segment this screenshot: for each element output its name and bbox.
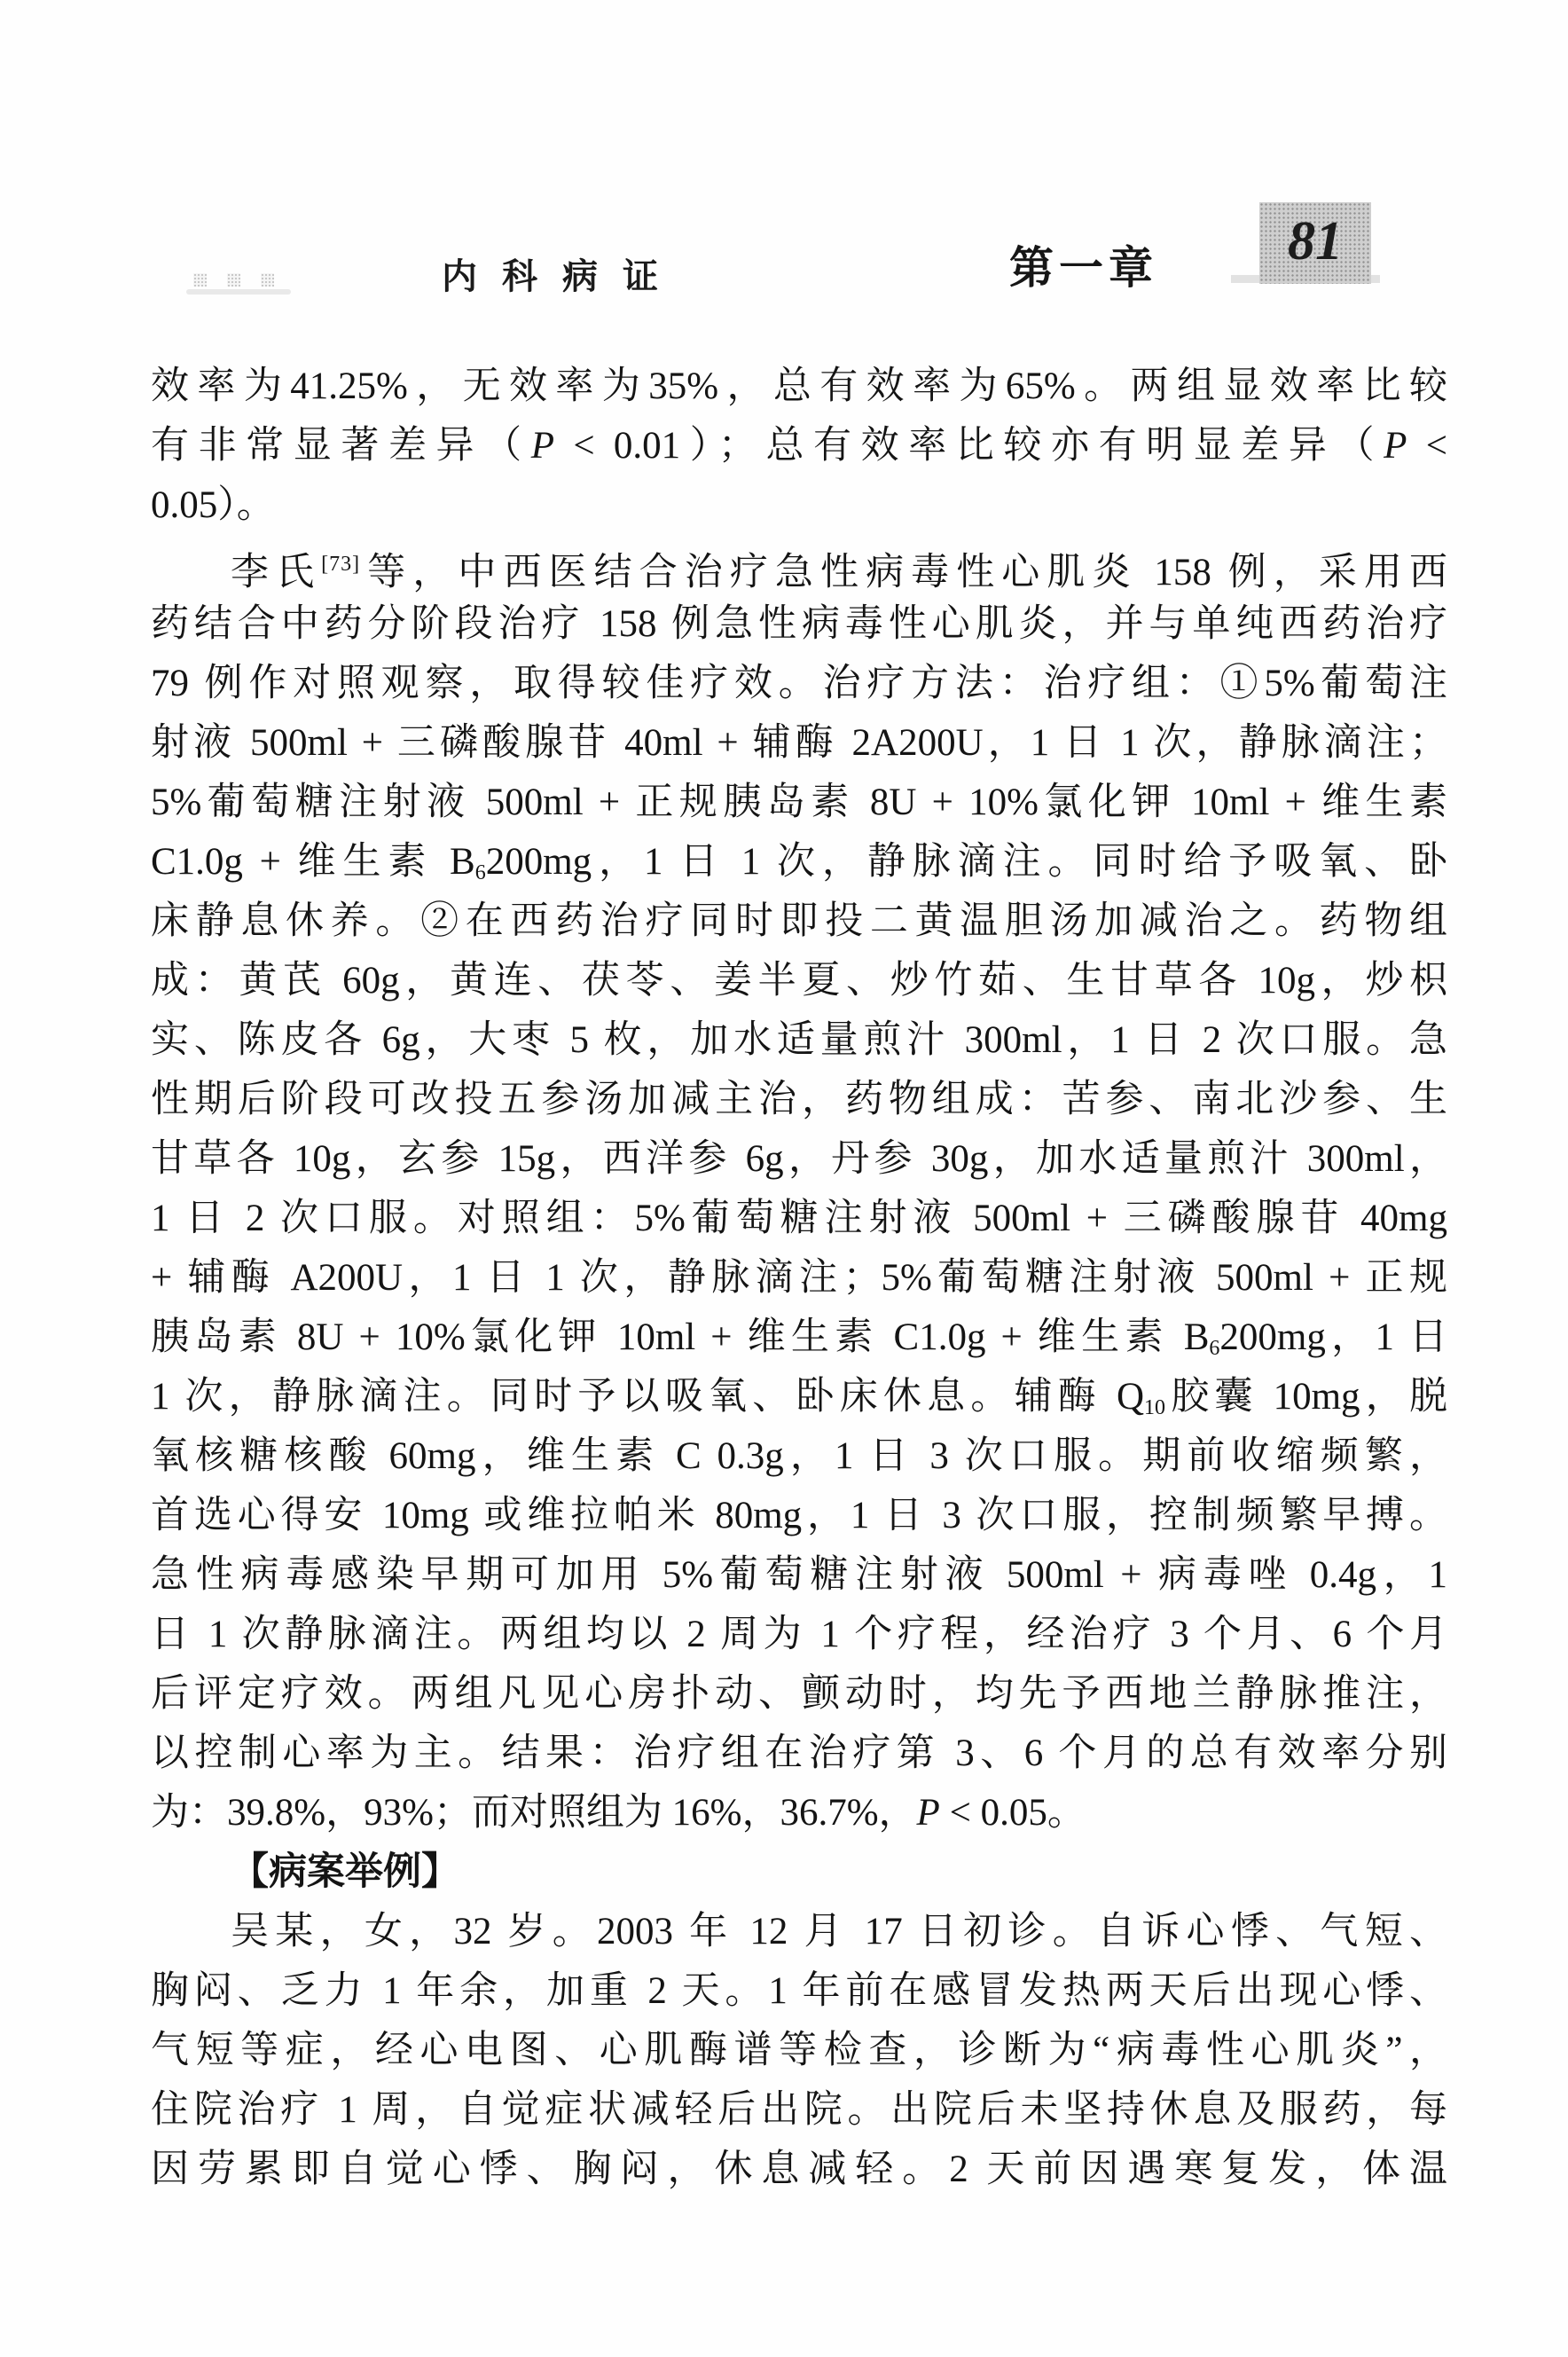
text-run: < (1407, 425, 1447, 467)
text-run: 首选心得安 10mg 或维拉帕米 80mg，1 日 3 次口服，控制频繁早搏。 (151, 1495, 1447, 1536)
text-line: 吴某，女，32 岁。2003 年 12 月 17 日初诊。自诉心悸、气短、 (151, 1902, 1447, 1961)
text-run: 药结合中药分阶段治疗 158 例急性病毒性心肌炎，并与单纯西药治疗 (151, 603, 1447, 645)
text-run: 性期后阶段可改投五参汤加减主治，药物组成：苦参、南北沙参、生 (151, 1079, 1447, 1120)
text-line: 为：39.8%，93%；而对照组为 16%，36.7%，P < 0.05。 (151, 1783, 1447, 1842)
text-run: P (531, 425, 554, 467)
text-run: 甘草各 10g，玄参 15g，西洋参 6g，丹参 30g，加水适量煎汁 300m… (151, 1138, 1447, 1180)
text-line: 急性病毒感染早期可加用 5%葡萄糖注射液 500ml + 病毒唑 0.4g，1 (151, 1545, 1447, 1605)
smudge-dot (261, 273, 274, 287)
text-run: 因劳累即自觉心悸、胸闷，休息减轻。2 天前因遇寒复发，体温 (151, 2149, 1447, 2190)
text-run: 等，中西医结合治疗急性病毒性心肌炎 158 例，采用西 (360, 552, 1447, 593)
text-run: < 0.05。 (940, 1792, 1086, 1834)
subscript: 6 (475, 861, 486, 884)
text-run: 射液 500ml + 三磷酸腺苷 40ml + 辅酶 2A200U，1 日 1 … (151, 722, 1447, 764)
text-run: 1 次，静脉滴注。同时予以吸氧、卧床休息。辅酶 Q (151, 1376, 1144, 1418)
text-line: 李氏[73]等，中西医结合治疗急性病毒性心肌炎 158 例，采用西 (151, 535, 1447, 594)
text-line: 0.05）。 (151, 475, 1447, 535)
text-line: + 辅酶 A200U，1 日 1 次，静脉滴注；5%葡萄糖注射液 500ml +… (151, 1248, 1447, 1308)
text-run: 气短等症，经心电图、心肌酶谱等检查，诊断为“病毒性心肌炎”， (151, 2030, 1447, 2071)
text-line: 甘草各 10g，玄参 15g，西洋参 6g，丹参 30g，加水适量煎汁 300m… (151, 1129, 1447, 1189)
footnote-marker: [73] (321, 553, 360, 576)
text-run: 【病案举例】 (231, 1851, 459, 1893)
text-line: 1 日 2 次口服。对照组：5%葡萄糖注射液 500ml + 三磷酸腺苷 40m… (151, 1189, 1447, 1248)
smudge-dot (193, 273, 207, 287)
text-run: 住院治疗 1 周，自觉症状减轻后出院。出院后未坚持休息及服药，每 (151, 2089, 1447, 2131)
text-run: 1 日 2 次口服。对照组：5%葡萄糖注射液 500ml + 三磷酸腺苷 40m… (151, 1198, 1447, 1239)
text-line: 有非常显著差异（P < 0.01）；总有效率比较亦有明显差异（P < (151, 416, 1447, 475)
smudge-dot (227, 273, 240, 287)
text-line: 因劳累即自觉心悸、胸闷，休息减轻。2 天前因遇寒复发，体温 (151, 2140, 1447, 2199)
text-run: 后评定疗效。两组凡见心房扑动、颤动时，均先予西地兰静脉推注， (151, 1673, 1447, 1715)
text-line: 首选心得安 10mg 或维拉帕米 80mg，1 日 3 次口服，控制频繁早搏。 (151, 1486, 1447, 1545)
text-line: 79 例作对照观察，取得较佳疗效。治疗方法：治疗组：①5%葡萄注 (151, 654, 1447, 713)
text-run: 床静息休养。②在西药治疗同时即投二黄温胆汤加减治之。药物组 (151, 900, 1447, 942)
page-number-badge: 81 (1259, 202, 1371, 284)
text-run: 胸闷、乏力 1 年余，加重 2 天。1 年前在感冒发热两天后出现心悸、 (151, 1970, 1447, 2012)
text-run: 为：39.8%，93%；而对照组为 16%，36.7%， (151, 1792, 917, 1834)
text-line: 5%葡萄糖注射液 500ml + 正规胰岛素 8U + 10%氯化钾 10ml … (151, 773, 1447, 832)
text-run: 有非常显著差异（ (151, 425, 531, 467)
running-head-section-title: 内科病证 (442, 248, 683, 299)
text-line: 效率为41.25%，无效率为35%，总有效率为65%。两组显效率比较 (151, 357, 1447, 416)
text-line: 【病案举例】 (151, 1842, 1447, 1902)
subscript: 6 (1209, 1337, 1219, 1360)
text-run: 氧核糖核酸 60mg，维生素 C 0.3g，1 日 3 次口服。期前收缩频繁， (151, 1435, 1447, 1477)
text-run: 0.05）。 (151, 484, 275, 526)
text-run: P (1384, 425, 1407, 467)
subscript: 10 (1144, 1396, 1165, 1419)
book-page: 内科病证 第一章 81 效率为41.25%，无效率为35%，总有效率为65%。两… (0, 0, 1568, 2357)
text-run: 吴某，女，32 岁。2003 年 12 月 17 日初诊。自诉心悸、气短、 (231, 1911, 1447, 1952)
text-run: 日 1 次静脉滴注。两组均以 2 周为 1 个疗程，经治疗 3 个月、6 个月 (151, 1614, 1447, 1655)
text-line: C1.0g + 维生素 B6200mg，1 日 1 次，静脉滴注。同时给予吸氧、… (151, 832, 1447, 892)
running-head-chapter-label: 第一章 (1009, 232, 1158, 296)
text-run: C1.0g + 维生素 B (151, 841, 475, 883)
text-line: 1 次，静脉滴注。同时予以吸氧、卧床休息。辅酶 Q10胶囊 10mg，脱 (151, 1367, 1447, 1426)
text-line: 胸闷、乏力 1 年余，加重 2 天。1 年前在感冒发热两天后出现心悸、 (151, 1961, 1447, 2021)
text-run: < 0.01）；总有效率比较亦有明显差异（ (554, 425, 1384, 467)
text-run: 200mg，1 日 1 次，静脉滴注。同时给予吸氧、卧 (486, 841, 1447, 883)
text-run: 5%葡萄糖注射液 500ml + 正规胰岛素 8U + 10%氯化钾 10ml … (151, 782, 1447, 823)
text-line: 药结合中药分阶段治疗 158 例急性病毒性心肌炎，并与单纯西药治疗 (151, 594, 1447, 654)
text-line: 性期后阶段可改投五参汤加减主治，药物组成：苦参、南北沙参、生 (151, 1070, 1447, 1129)
text-run: 急性病毒感染早期可加用 5%葡萄糖注射液 500ml + 病毒唑 0.4g，1 (151, 1554, 1447, 1596)
scan-smudge-artifact (193, 263, 326, 302)
text-run: 实、陈皮各 6g，大枣 5 枚，加水适量煎汁 300ml，1 日 2 次口服。急 (151, 1019, 1447, 1061)
page-number: 81 (1288, 210, 1343, 273)
text-line: 日 1 次静脉滴注。两组均以 2 周为 1 个疗程，经治疗 3 个月、6 个月 (151, 1605, 1447, 1664)
text-run: P (917, 1792, 940, 1834)
text-line: 气短等症，经心电图、心肌酶谱等检查，诊断为“病毒性心肌炎”， (151, 2021, 1447, 2080)
page-body: 效率为41.25%，无效率为35%，总有效率为65%。两组显效率比较有非常显著差… (151, 357, 1447, 2199)
text-line: 实、陈皮各 6g，大枣 5 枚，加水适量煎汁 300ml，1 日 2 次口服。急 (151, 1010, 1447, 1070)
text-run: 胶囊 10mg，脱 (1165, 1376, 1447, 1418)
text-line: 成：黄芪 60g，黄连、茯苓、姜半夏、炒竹茹、生甘草各 10g，炒枳 (151, 951, 1447, 1010)
text-run: + 辅酶 A200U，1 日 1 次，静脉滴注；5%葡萄糖注射液 500ml +… (151, 1257, 1447, 1299)
text-run: 胰岛素 8U + 10%氯化钾 10ml + 维生素 C1.0g + 维生素 B (151, 1316, 1209, 1358)
text-line: 氧核糖核酸 60mg，维生素 C 0.3g，1 日 3 次口服。期前收缩频繁， (151, 1426, 1447, 1486)
text-line: 后评定疗效。两组凡见心房扑动、颤动时，均先予西地兰静脉推注， (151, 1664, 1447, 1724)
text-run: 200mg，1 日 (1219, 1316, 1447, 1358)
text-line: 以控制心率为主。结果：治疗组在治疗第 3、6 个月的总有效率分别 (151, 1724, 1447, 1783)
text-run: 李氏 (231, 552, 321, 593)
text-run: 以控制心率为主。结果：治疗组在治疗第 3、6 个月的总有效率分别 (151, 1732, 1447, 1774)
text-line: 住院治疗 1 周，自觉症状减轻后出院。出院后未坚持休息及服药，每 (151, 2080, 1447, 2140)
text-run: 79 例作对照观察，取得较佳疗效。治疗方法：治疗组：①5%葡萄注 (151, 663, 1447, 704)
text-line: 床静息休养。②在西药治疗同时即投二黄温胆汤加减治之。药物组 (151, 892, 1447, 951)
smudge-bar (186, 289, 291, 295)
text-run: 效率为41.25%，无效率为35%，总有效率为65%。两组显效率比较 (151, 365, 1447, 407)
text-run: 成：黄芪 60g，黄连、茯苓、姜半夏、炒竹茹、生甘草各 10g，炒枳 (151, 960, 1447, 1002)
text-line: 胰岛素 8U + 10%氯化钾 10ml + 维生素 C1.0g + 维生素 B… (151, 1308, 1447, 1367)
text-line: 射液 500ml + 三磷酸腺苷 40ml + 辅酶 2A200U，1 日 1 … (151, 713, 1447, 773)
